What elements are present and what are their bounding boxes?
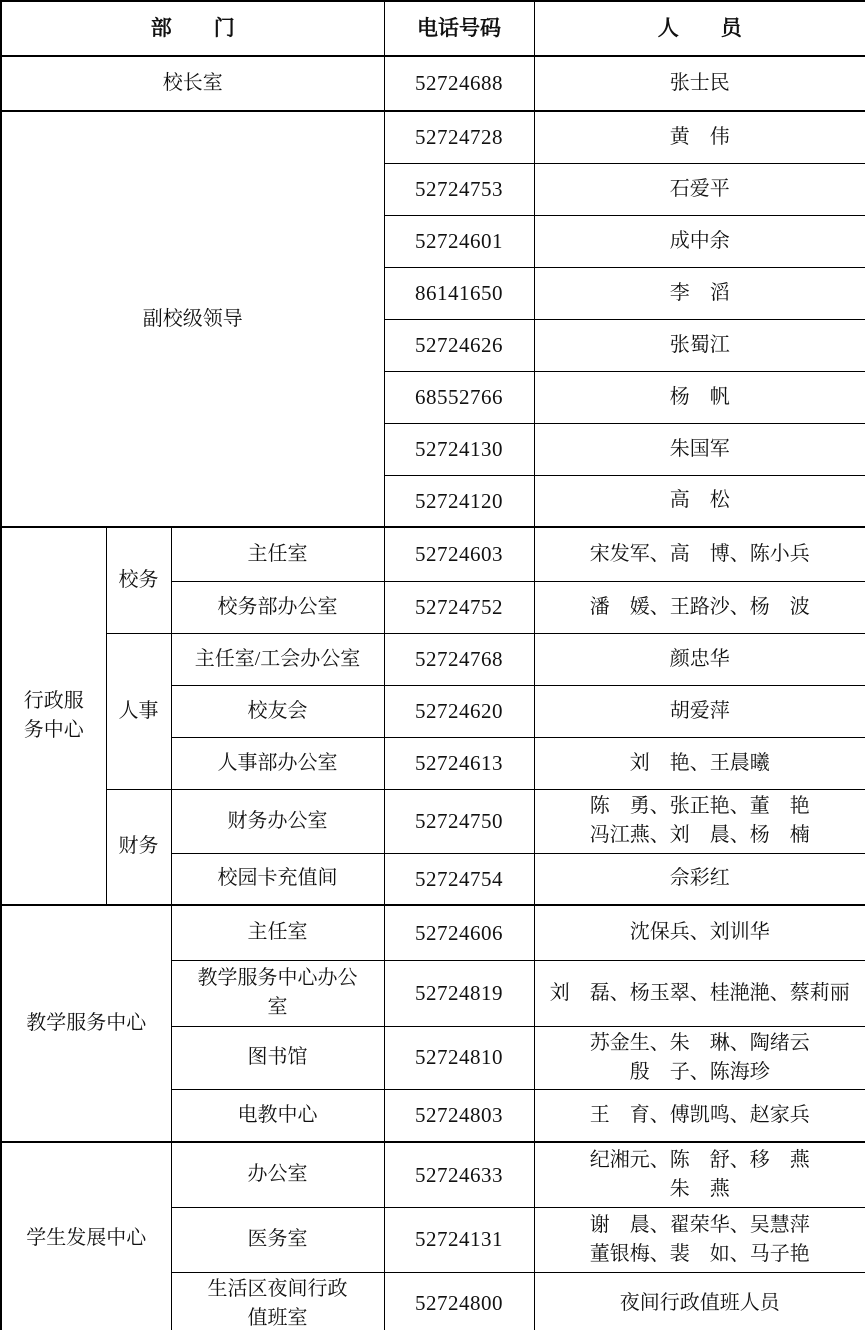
header-row: 部 门 电话号码 人 员 [1, 1, 865, 56]
phone-cell: 52724728 [384, 111, 534, 163]
phone-cell: 52724131 [384, 1207, 534, 1272]
phone-cell: 52724800 [384, 1272, 534, 1330]
personnel-cell: 张士民 [534, 56, 865, 111]
office-cell: 主任室/工会办公室 [171, 633, 384, 685]
office-cell: 财务办公室 [171, 789, 384, 853]
personnel-cell: 宋发军、高 博、陈小兵 [534, 527, 865, 581]
phone-cell: 86141650 [384, 267, 534, 319]
phone-cell: 52724606 [384, 905, 534, 960]
group-cell-admin: 行政服 务中心 [1, 527, 106, 905]
phone-cell: 52724601 [384, 215, 534, 267]
personnel-cell: 杨 帆 [534, 371, 865, 423]
personnel-cell: 潘 媛、王路沙、杨 波 [534, 581, 865, 633]
personnel-cell: 石爱平 [534, 163, 865, 215]
personnel-cell: 朱国军 [534, 423, 865, 475]
personnel-cell: 胡爱萍 [534, 685, 865, 737]
office-cell: 教学服务中心办公 室 [171, 960, 384, 1026]
contact-table: 部 门 电话号码 人 员 校长室 52724688 张士民 副校级领导 5272… [0, 0, 865, 1330]
phone-cell: 52724753 [384, 163, 534, 215]
phone-cell: 52724768 [384, 633, 534, 685]
office-cell: 图书馆 [171, 1026, 384, 1089]
personnel-cell: 刘 磊、杨玉翠、桂滟滟、蔡莉丽 [534, 960, 865, 1026]
table-row: 财务 财务办公室 52724750 陈 勇、张正艳、董 艳 冯江燕、刘 晨、杨 … [1, 789, 865, 853]
personnel-cell: 夜间行政值班人员 [534, 1272, 865, 1330]
office-cell: 校务部办公室 [171, 581, 384, 633]
personnel-cell: 李 滔 [534, 267, 865, 319]
personnel-cell: 苏金生、朱 琳、陶绪云 殷 子、陈海珍 [534, 1026, 865, 1089]
table-row: 人事 主任室/工会办公室 52724768 颜忠华 [1, 633, 865, 685]
office-cell: 办公室 [171, 1142, 384, 1207]
office-cell: 主任室 [171, 905, 384, 960]
phone-cell: 52724754 [384, 853, 534, 905]
personnel-cell: 佘彩红 [534, 853, 865, 905]
phone-cell: 52724810 [384, 1026, 534, 1089]
subgroup-cell: 财务 [106, 789, 171, 905]
office-cell: 生活区夜间行政 值班室 [171, 1272, 384, 1330]
group-cell-student: 学生发展中心 [1, 1142, 171, 1330]
office-cell: 电教中心 [171, 1089, 384, 1142]
office-cell: 主任室 [171, 527, 384, 581]
table-row: 教学服务中心 主任室 52724606 沈保兵、刘训华 [1, 905, 865, 960]
personnel-cell: 刘 艳、王晨曦 [534, 737, 865, 789]
phone-directory-page: 部 门 电话号码 人 员 校长室 52724688 张士民 副校级领导 5272… [0, 0, 865, 1330]
phone-cell: 52724603 [384, 527, 534, 581]
personnel-cell: 张蜀江 [534, 319, 865, 371]
phone-cell: 52724819 [384, 960, 534, 1026]
phone-cell: 52724120 [384, 475, 534, 527]
subgroup-cell: 人事 [106, 633, 171, 789]
personnel-cell: 纪湘元、陈 舒、移 燕 朱 燕 [534, 1142, 865, 1207]
office-cell: 校友会 [171, 685, 384, 737]
table-row: 行政服 务中心 校务 主任室 52724603 宋发军、高 博、陈小兵 [1, 527, 865, 581]
personnel-cell: 黄 伟 [534, 111, 865, 163]
header-department: 部 门 [1, 1, 384, 56]
phone-cell: 52724803 [384, 1089, 534, 1142]
personnel-cell: 谢 晨、翟荣华、吴慧萍 董银梅、裴 如、马子艳 [534, 1207, 865, 1272]
table-row-principal: 校长室 52724688 张士民 [1, 56, 865, 111]
department-cell: 校长室 [1, 56, 384, 111]
header-personnel: 人 员 [534, 1, 865, 56]
phone-cell: 52724626 [384, 319, 534, 371]
office-cell: 医务室 [171, 1207, 384, 1272]
phone-cell: 52724130 [384, 423, 534, 475]
table-row: 副校级领导 52724728 黄 伟 [1, 111, 865, 163]
personnel-cell: 陈 勇、张正艳、董 艳 冯江燕、刘 晨、杨 楠 [534, 789, 865, 853]
personnel-cell: 颜忠华 [534, 633, 865, 685]
personnel-cell: 王 育、傅凯鸣、赵家兵 [534, 1089, 865, 1142]
office-cell: 校园卡充值间 [171, 853, 384, 905]
phone-cell: 52724613 [384, 737, 534, 789]
personnel-cell: 沈保兵、刘训华 [534, 905, 865, 960]
table-row: 学生发展中心 办公室 52724633 纪湘元、陈 舒、移 燕 朱 燕 [1, 1142, 865, 1207]
phone-cell: 52724750 [384, 789, 534, 853]
phone-cell: 52724620 [384, 685, 534, 737]
group-cell-vice: 副校级领导 [1, 111, 384, 527]
phone-cell: 52724752 [384, 581, 534, 633]
phone-cell: 52724688 [384, 56, 534, 111]
phone-cell: 68552766 [384, 371, 534, 423]
personnel-cell: 成中余 [534, 215, 865, 267]
group-cell-teaching: 教学服务中心 [1, 905, 171, 1142]
personnel-cell: 高 松 [534, 475, 865, 527]
header-phone: 电话号码 [384, 1, 534, 56]
phone-cell: 52724633 [384, 1142, 534, 1207]
office-cell: 人事部办公室 [171, 737, 384, 789]
subgroup-cell: 校务 [106, 527, 171, 633]
